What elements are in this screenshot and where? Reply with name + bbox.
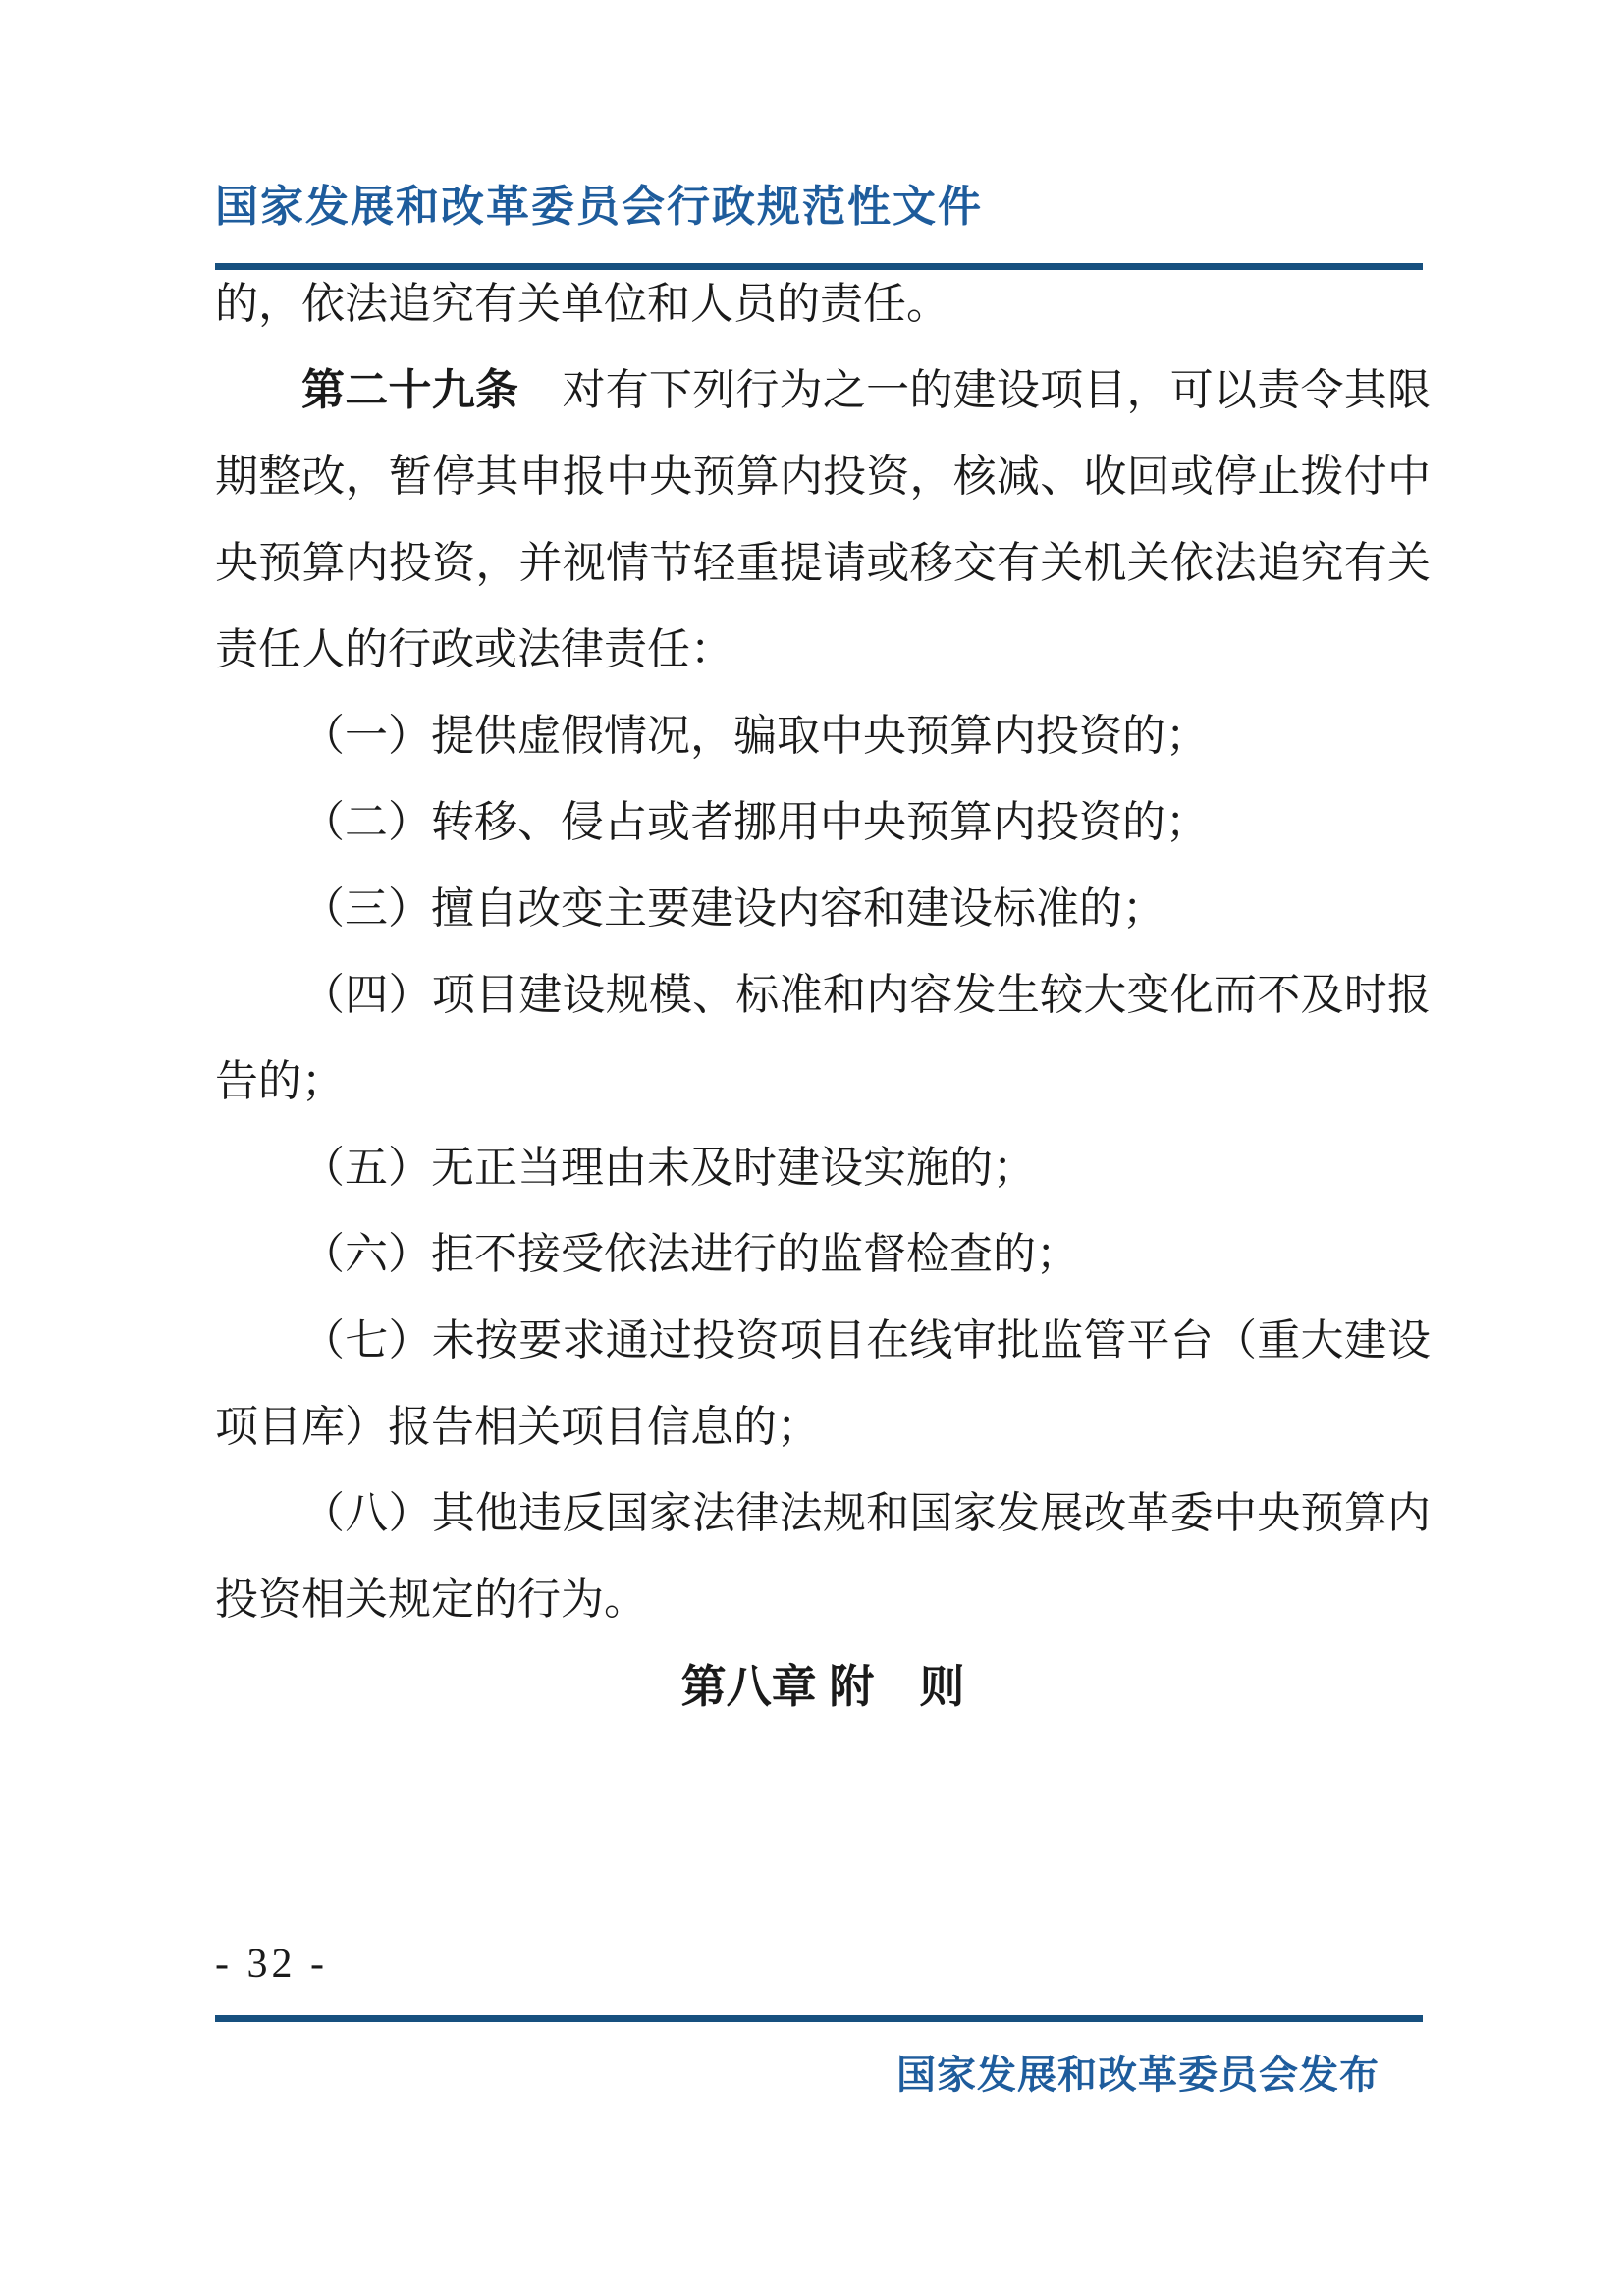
paragraph: （四）项目建设规模、标准和内容发生较大变化而不及时报告的； [215,952,1431,1125]
chapter-heading: 第八章 附 则 [215,1643,1431,1730]
paragraph: （一）提供虚假情况，骗取中央预算内投资的； [215,693,1431,779]
paragraph: （三）擅自改变主要建设内容和建设标准的； [215,866,1431,952]
footer-rule [215,2015,1423,2022]
paragraph: （二）转移、侵占或者挪用中央预算内投资的； [215,779,1431,866]
article-number: 第二十九条 [301,366,518,414]
document-page: 国家发展和改革委员会行政规范性文件 的，依法追究有关单位和人员的责任。第二十九条… [0,0,1624,2296]
paragraph: （八）其他违反国家法律法规和国家发展改革委中央预算内投资相关规定的行为。 [215,1470,1431,1643]
paragraph: （五）无正当理由未及时建设实施的； [215,1125,1431,1211]
paragraph: （七）未按要求通过投资项目在线审批监管平台（重大建设项目库）报告相关项目信息的； [215,1298,1431,1470]
page-number: - 32 - [215,1944,328,1985]
paragraph: 第二十九条 对有下列行为之一的建设项目，可以责令其限期整改，暂停其申报中央预算内… [215,347,1431,693]
publisher-label: 国家发展和改革委员会发布 [896,2052,1380,2099]
document-header-title: 国家发展和改革委员会行政规范性文件 [215,171,983,234]
document-paragraphs: 的，依法追究有关单位和人员的责任。第二十九条 对有下列行为之一的建设项目，可以责… [215,261,1431,1730]
paragraph: （六）拒不接受依法进行的监督检查的； [215,1211,1431,1298]
paragraph: 的，依法追究有关单位和人员的责任。 [215,261,1431,347]
